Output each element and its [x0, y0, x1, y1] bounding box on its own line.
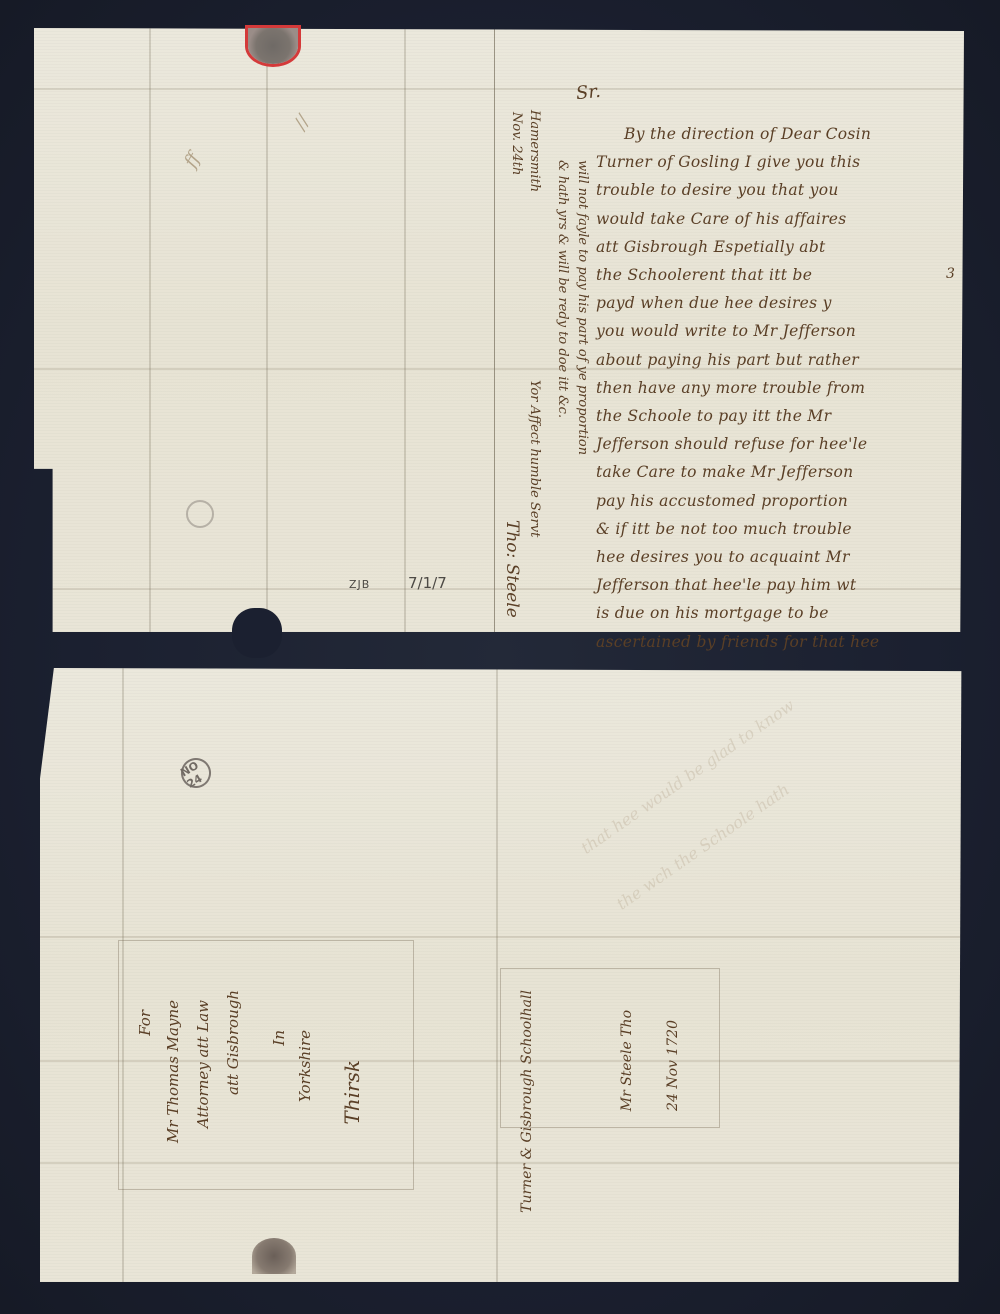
- letter-line: take Care to make Mr Jefferson: [596, 458, 966, 486]
- salutation: Sr.: [575, 81, 602, 104]
- letter-line: att Gisbrough Espetially abt: [596, 233, 966, 261]
- letter-line: the Schoolerent that itt be: [596, 261, 966, 289]
- signature: Tho: Steele: [502, 520, 522, 618]
- archive-reference-number: 7/1/7: [408, 574, 447, 592]
- letter-body: By the direction of Dear Cosin Turner of…: [596, 120, 966, 656]
- letter-line: Jefferson that hee'le pay him wt: [596, 571, 966, 599]
- letter-line: you would write to Mr Jefferson: [596, 317, 966, 345]
- red-wax-seal: [248, 28, 298, 64]
- address-line: For: [130, 1010, 160, 1036]
- place-of-writing: Hamersmith: [526, 110, 543, 192]
- letter-line: about paying his part but rather: [596, 346, 966, 374]
- fold-line: [34, 88, 964, 90]
- center-fold-crease: [494, 28, 495, 632]
- letter-line: payd when due hee desires y: [596, 289, 966, 317]
- margin-postscript-line: will not fayle to pay his part of ye pro…: [574, 160, 591, 600]
- fold-line: [40, 936, 966, 938]
- date-of-writing: Nov. 24th: [508, 112, 525, 175]
- address-line: Mr Thomas Mayne: [158, 1000, 188, 1143]
- letter-line: ascertained by friends for that hee: [596, 628, 966, 656]
- seal-tear-hole: [232, 608, 282, 658]
- docket-date: 24 Nov 1720: [660, 1020, 686, 1111]
- wax-seal-remnant: [252, 1238, 296, 1274]
- letter-line: & if itt be not too much trouble: [596, 515, 966, 543]
- letter-line: By the direction of Dear Cosin: [596, 120, 966, 148]
- margin-postscript-line: & hath yrs & will be redy to doe itt &c.: [554, 160, 571, 600]
- letter-line: Jefferson should refuse for hee'le: [596, 430, 966, 458]
- letter-line: pay his accustomed proportion: [596, 487, 966, 515]
- letter-line: the Schoole to pay itt the Mr: [596, 402, 966, 430]
- letter-line: hee desires you to acquaint Mr: [596, 543, 966, 571]
- letter-line: is due on his mortgage to be: [596, 599, 966, 627]
- archive-reference-code: ZJB: [349, 578, 370, 591]
- address-line: att Gisbrough: [218, 990, 248, 1095]
- fold-line: [404, 28, 406, 632]
- docket-line: Mr Steele Tho: [614, 1010, 640, 1111]
- faint-postmark-stamp: [186, 500, 214, 528]
- address-line: Attorney att Law: [188, 1000, 218, 1128]
- letter-line: Turner of Gosling I give you this: [596, 148, 966, 176]
- address-flourish: Thirsk: [340, 1060, 364, 1125]
- docket-line: Turner & Gisbrough Schoolhall: [514, 990, 540, 1213]
- address-line: Yorkshire: [290, 1030, 320, 1102]
- fold-line: [149, 28, 151, 632]
- letter-line: trouble to desire you that you: [596, 176, 966, 204]
- letter-line: would take Care of his affaires: [596, 205, 966, 233]
- fold-line: [496, 668, 498, 1282]
- closing-phrase: Yor Affect humble Servt: [526, 380, 543, 580]
- fold-line: [266, 28, 268, 632]
- letter-line: then have any more trouble from: [596, 374, 966, 402]
